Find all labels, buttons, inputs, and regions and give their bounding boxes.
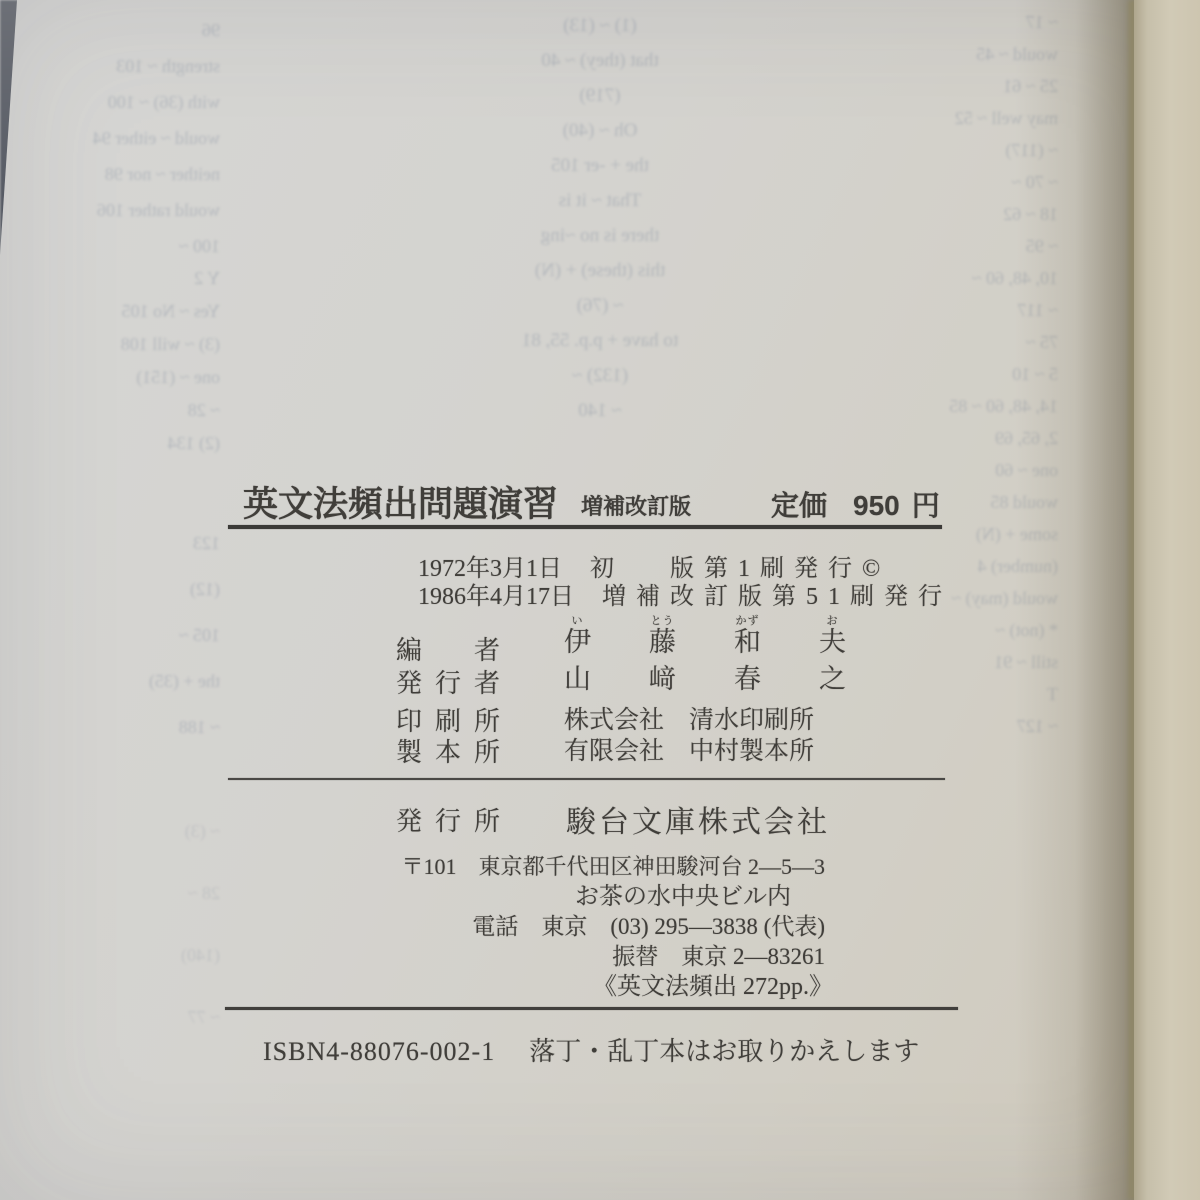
name-char: 山 xyxy=(564,665,591,694)
isbn-line: ISBN4-88076-002-1落丁・乱丁本はお取りかえします xyxy=(263,1031,919,1068)
name-char: 之 xyxy=(819,665,846,694)
section-divider-rule xyxy=(228,778,945,780)
printing-line-revised: 1986年4月17日増補改訂版第51刷発行 xyxy=(418,576,952,611)
book-colophon-photo: 96strength ~ 103with (36) ~ 100would ~ e… xyxy=(0,0,1200,1200)
bottom-divider-rule xyxy=(225,1007,958,1010)
publisher-person-label: 発行者 xyxy=(396,663,500,700)
price-unit: 円 xyxy=(912,490,940,521)
publisher-person-name: 山 﨑 春 之 xyxy=(564,652,846,694)
printing-date: 1986年4月17日 xyxy=(418,584,574,610)
series-pages-line: 《英文法頻出 272pp.》 xyxy=(225,972,833,1002)
publishing-house-label: 発行所 xyxy=(396,801,500,838)
publishing-house-name: 駿台文庫株式会社 xyxy=(566,797,830,841)
page-gutter-shadow xyxy=(1015,0,1135,1200)
title-divider-rule xyxy=(228,525,942,529)
transfer-line: 振替 東京 2—83261 xyxy=(225,942,825,972)
name-char: 﨑 xyxy=(649,665,676,694)
editor-name: い伊 とう藤 かず和 お夫 xyxy=(564,615,846,657)
name-char: 春 xyxy=(734,665,761,694)
return-notice: 落丁・乱丁本はお取りかえします xyxy=(529,1037,919,1066)
editor-label: 編者 xyxy=(396,630,500,667)
bindery-label: 製本所 xyxy=(396,732,500,769)
adjacent-page-edge xyxy=(1134,0,1200,1200)
price-line: 定価950円 xyxy=(771,484,940,524)
bindery-name: 有限会社 中村製本所 xyxy=(564,731,814,767)
price-value: 950 xyxy=(853,490,900,521)
printing-rest: 増補改訂版第51刷発行 xyxy=(602,584,952,610)
book-title: 英文法頻出問題演習 xyxy=(243,477,558,527)
phone-line: 電話 東京 (03) 295—3838 (代表) xyxy=(225,912,825,942)
price-label: 定価 xyxy=(771,490,827,521)
address-line: お茶の水中央ビル内 xyxy=(225,882,791,912)
isbn-number: ISBN4-88076-002-1 xyxy=(263,1037,495,1066)
publisher-address-block: 〒101 東京都千代田区神田駿河台 2—5—3 お茶の水中央ビル内 電話 東京 … xyxy=(225,852,825,1002)
edition-label: 増補改訂版 xyxy=(581,490,691,521)
address-line: 〒101 東京都千代田区神田駿河台 2—5—3 xyxy=(225,852,825,882)
